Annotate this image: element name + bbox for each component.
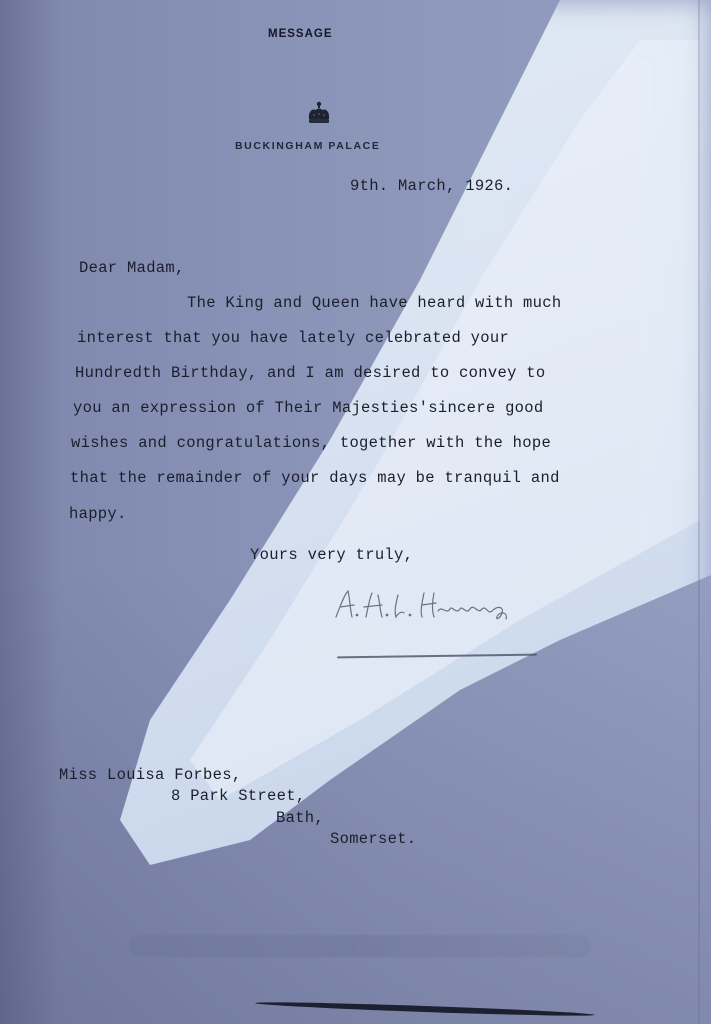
body-line: wishes and congratulations, together wit…: [71, 434, 551, 452]
body-line: happy.: [69, 505, 127, 523]
recipient-street: 8 Park Street,: [171, 787, 305, 805]
bleed-through-text: [130, 935, 590, 957]
handwritten-signature-icon: [332, 585, 522, 625]
body-line: you an expression of Their Majesties'sin…: [73, 399, 543, 417]
letterhead-message-label: MESSAGE: [268, 28, 333, 40]
body-line: interest that you have lately celebrated…: [77, 329, 509, 347]
letterhead-place: BUCKINGHAM PALACE: [235, 140, 380, 152]
page-edge: [698, 0, 700, 1024]
recipient-name: Miss Louisa Forbes,: [59, 766, 241, 784]
closing: Yours very truly,: [250, 546, 413, 564]
salutation: Dear Madam,: [79, 259, 185, 277]
body-line: that the remainder of your days may be t…: [70, 469, 560, 487]
recipient-city: Bath,: [276, 809, 324, 827]
letter-page: MESSAGE BUCKINGHAM PALACE 9th. March, 19…: [0, 0, 711, 1024]
body-line: Hundredth Birthday, and I am desired to …: [75, 364, 545, 382]
bleed-through-text: [470, 785, 590, 805]
letter-date: 9th. March, 1926.: [350, 177, 513, 195]
crown-icon: [305, 100, 333, 128]
recipient-county: Somerset.: [330, 830, 416, 848]
body-line: The King and Queen have heard with much: [187, 294, 561, 312]
